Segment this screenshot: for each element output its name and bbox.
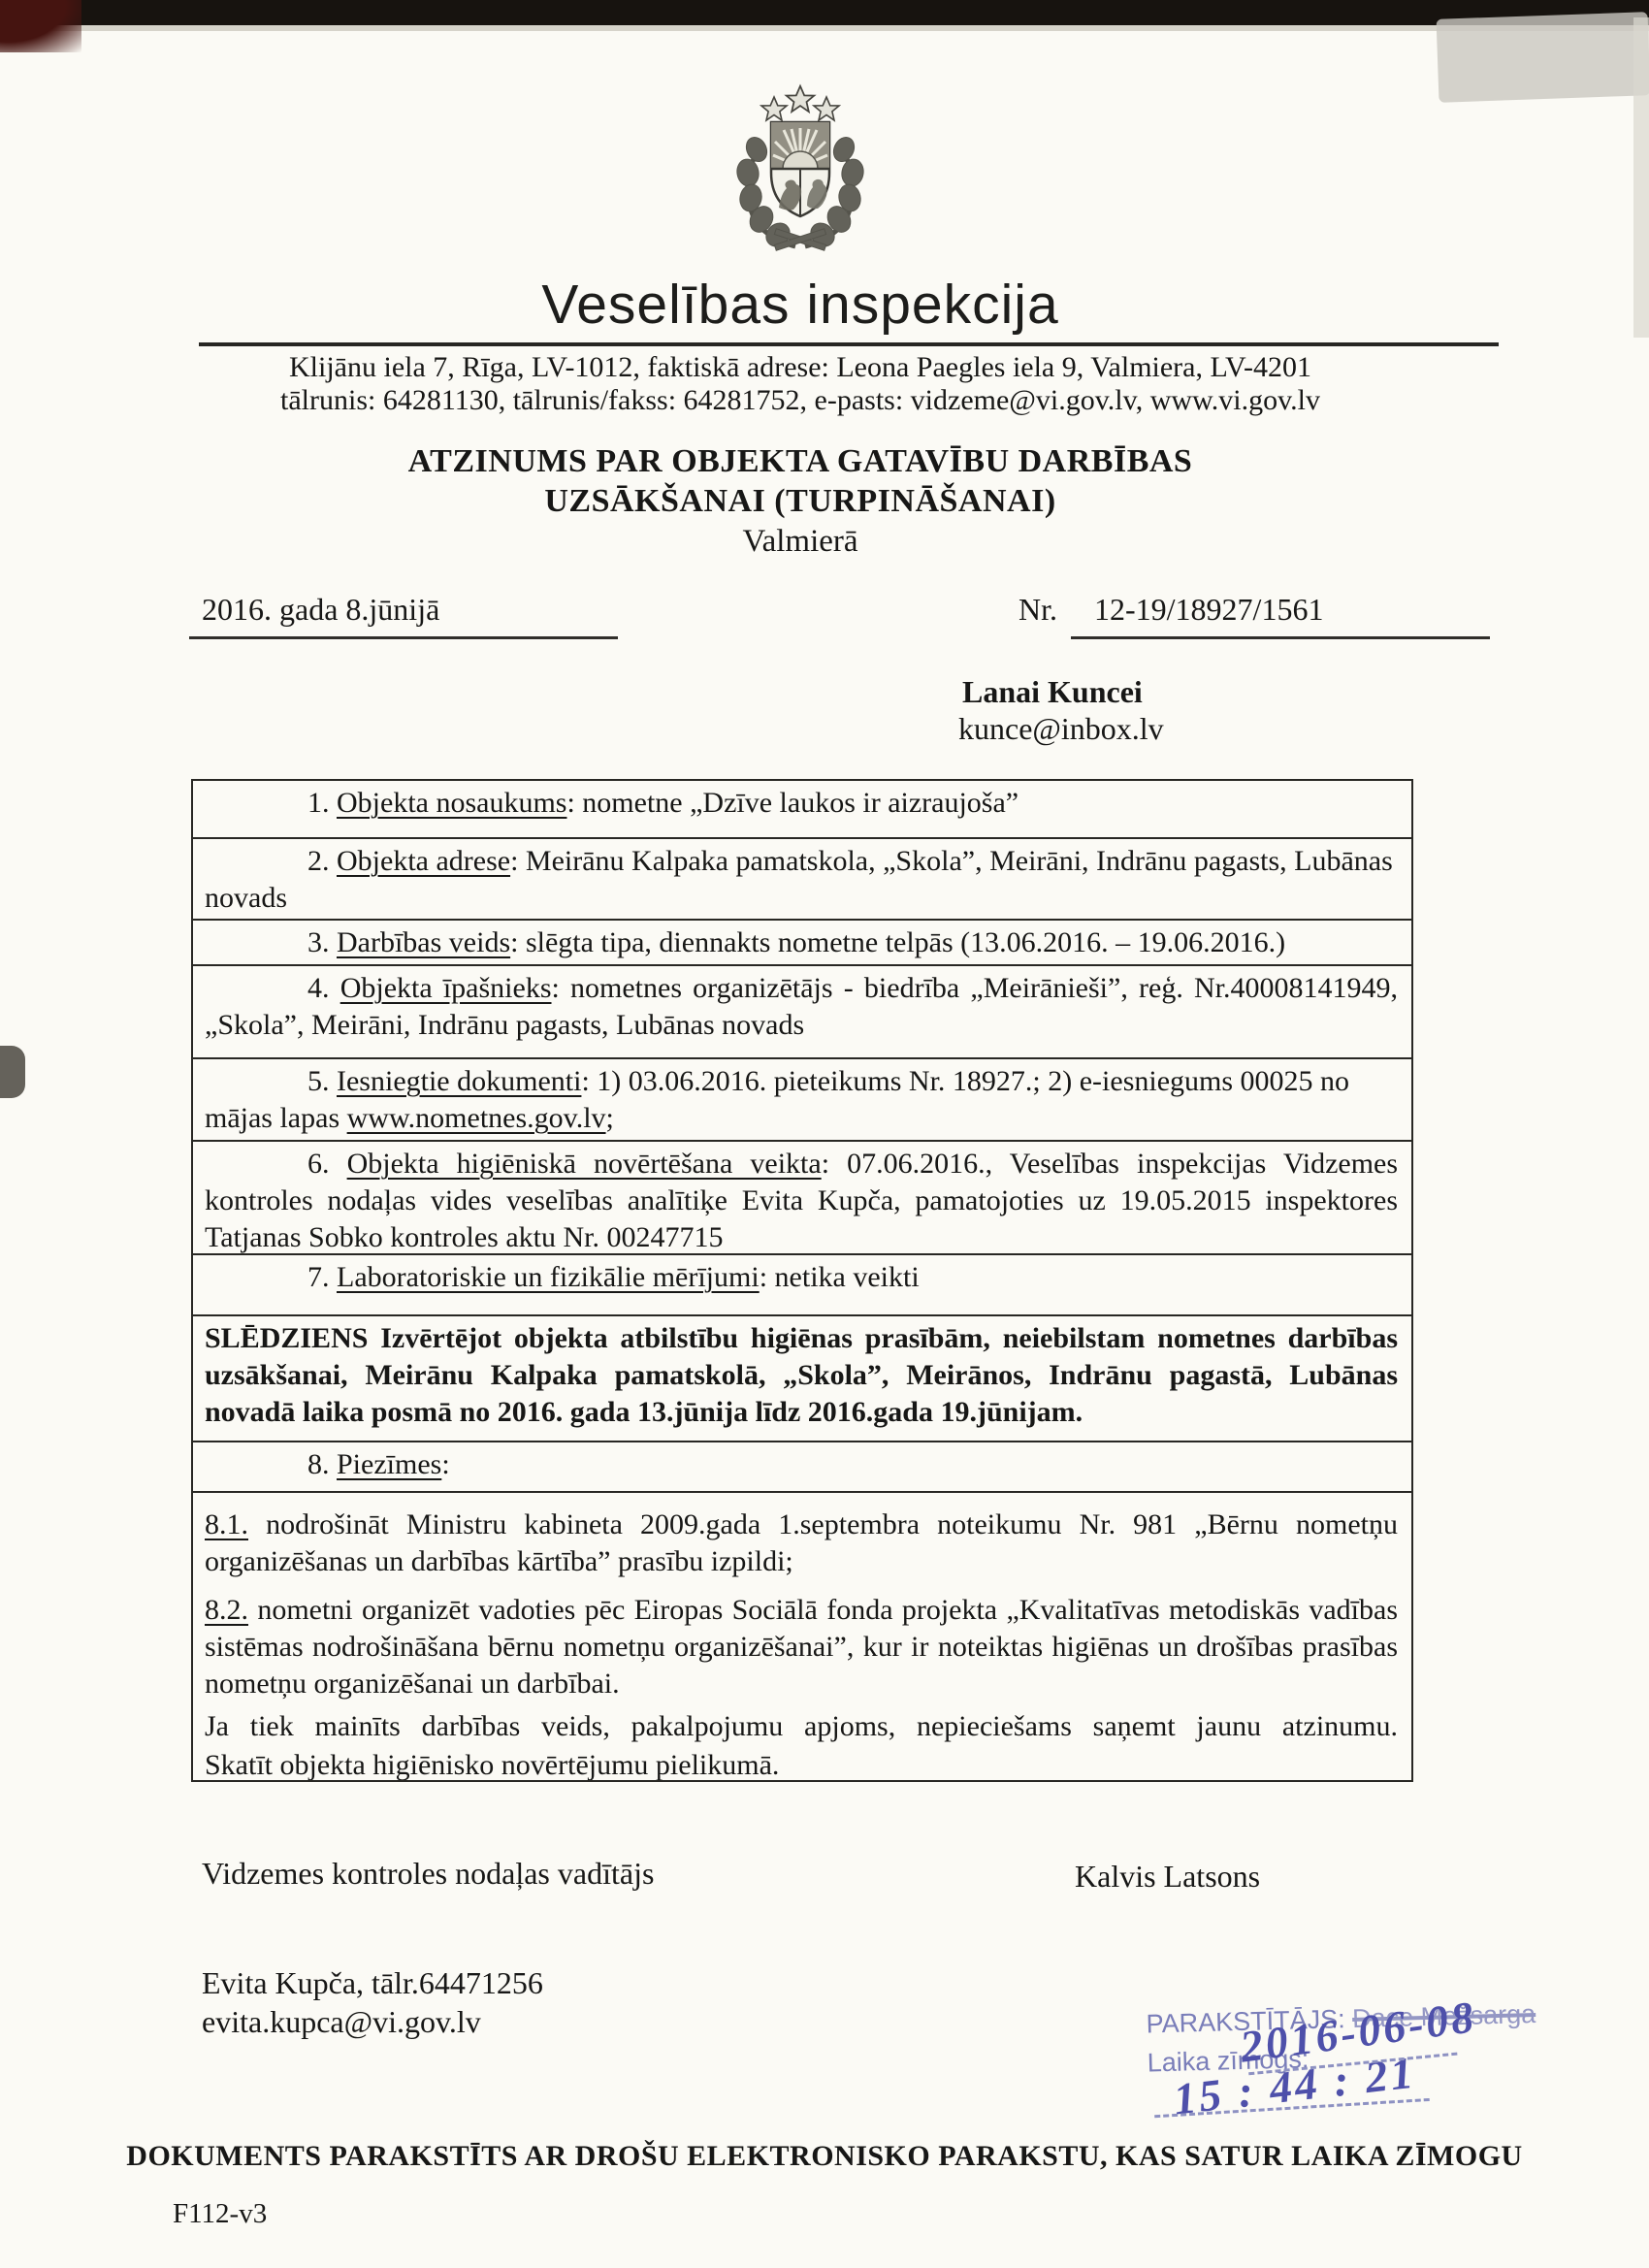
org-address-line1: Klijānu iela 7, Rīga, LV-1012, faktiskā … <box>0 351 1600 384</box>
form-code: F112-v3 <box>173 2198 267 2230</box>
contact-name-phone: Evita Kupča, tālr.64471256 <box>202 1965 543 2001</box>
footer-statement: DOKUMENTS PARAKSTĪTS AR DROŠU ELEKTRONIS… <box>0 2140 1649 2173</box>
table-row: 3. Darbības veids: slēgta tipa, diennakt… <box>193 919 1411 964</box>
table-row: 1. Objekta nosaukums: nometne „Dzīve lau… <box>193 781 1411 837</box>
doc-place: Valmierā <box>0 524 1600 560</box>
recipient-name: Lanai Kuncei <box>962 674 1143 710</box>
scan-corner-artifact-left <box>0 0 81 52</box>
table-row: 8. Piezīmes: <box>193 1441 1411 1491</box>
table-cell-text: 2. Objekta adrese: Meirānu Kalpaka pamat… <box>205 843 1398 917</box>
org-title: Veselības inspekcija <box>0 273 1600 337</box>
recipient-email: kunce@inbox.lv <box>958 711 1164 747</box>
table-row: 5. Iesniegtie dokumenti: 1) 03.06.2016. … <box>193 1057 1411 1140</box>
doc-number-label: Nr. <box>1018 592 1057 628</box>
scanned-document-page: Veselības inspekcija Klijānu iela 7, Rīg… <box>0 0 1649 2268</box>
table-cell-text: 8.2. nometni organizēt vadoties pēc Eiro… <box>205 1592 1398 1702</box>
number-underline <box>1071 636 1490 639</box>
date-underline <box>189 636 618 639</box>
table-cell-text: 7. Laboratoriskie un fizikālie mērījumi:… <box>205 1259 1398 1296</box>
table-cell-text: Skatīt objekta higiēnisko novērtējumu pi… <box>205 1747 1398 1780</box>
doc-number: 12-19/18927/1561 <box>1094 592 1323 628</box>
table-row: 4. Objekta īpašnieks: nometnes organizēt… <box>193 964 1411 1057</box>
latvia-coat-of-arms-icon <box>727 83 873 278</box>
signer-name: Kalvis Latsons <box>1075 1859 1260 1895</box>
table-cell-text: 1. Objekta nosaukums: nometne „Dzīve lau… <box>205 785 1398 822</box>
table-cell-text: 5. Iesniegtie dokumenti: 1) 03.06.2016. … <box>205 1063 1398 1137</box>
table-row: 8.1. nodrošināt Ministru kabineta 2009.g… <box>193 1491 1411 1780</box>
doc-title-line1: ATZINUMS PAR OBJEKTA GATAVĪBU DARBĪBAS <box>0 443 1600 480</box>
table-cell-text: 6. Objekta higiēniskā novērtēšana veikta… <box>205 1146 1398 1253</box>
letterhead-rule <box>199 342 1499 346</box>
table-cell-text: Ja tiek mainīts darbības veids, pakalpoj… <box>205 1708 1398 1745</box>
scan-edge-artifact-right <box>1633 17 1649 338</box>
org-address-line2: tālrunis: 64281130, tālrunis/fakss: 6428… <box>0 384 1600 417</box>
signature-stamp: PARAKSTĪTĀJS: Dace Mežsarga Laika zīmogs… <box>1146 1993 1557 2150</box>
signer-position-title: Vidzemes kontroles nodaļas vadītājs <box>202 1856 654 1892</box>
scan-edge-artifact-left <box>0 1046 25 1098</box>
info-table: 1. Objekta nosaukums: nometne „Dzīve lau… <box>191 779 1413 1782</box>
table-row: SLĒDZIENS Izvērtējot objekta atbilstību … <box>193 1314 1411 1441</box>
table-cell-text: 3. Darbības veids: slēgta tipa, diennakt… <box>205 924 1398 961</box>
table-cell-text: 8. Piezīmes: <box>205 1446 1398 1483</box>
table-cell-text: SLĒDZIENS Izvērtējot objekta atbilstību … <box>205 1320 1398 1431</box>
scan-top-band-shadow <box>0 25 1649 31</box>
doc-date: 2016. gada 8.jūnijā <box>202 592 439 628</box>
table-cell-text: 8.1. nodrošināt Ministru kabineta 2009.g… <box>205 1507 1398 1580</box>
contact-email: evita.kupca@vi.gov.lv <box>202 2004 481 2040</box>
table-row: 2. Objekta adrese: Meirānu Kalpaka pamat… <box>193 837 1411 919</box>
table-row: 7. Laboratoriskie un fizikālie mērījumi:… <box>193 1253 1411 1314</box>
doc-title-line2: UZSĀKŠANAI (TURPINĀŠANAI) <box>0 483 1600 520</box>
table-cell-text: 4. Objekta īpašnieks: nometnes organizēt… <box>205 970 1398 1044</box>
scan-top-band <box>0 0 1649 25</box>
scan-corner-artifact-right <box>1437 12 1649 103</box>
table-row: 6. Objekta higiēniskā novērtēšana veikta… <box>193 1140 1411 1253</box>
